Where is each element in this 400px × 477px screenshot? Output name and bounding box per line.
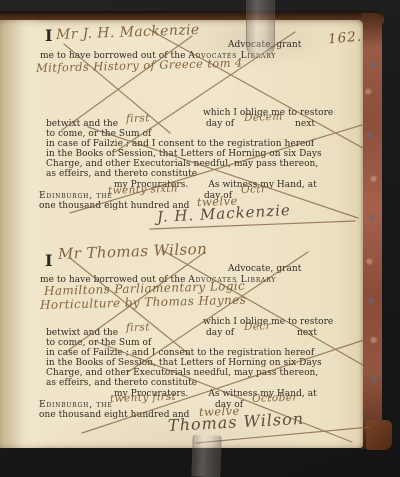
entry2-initial: I [45, 256, 53, 266]
entry2-next: next [297, 328, 317, 338]
entry2-betwixt: betwixt and the [46, 328, 118, 338]
entry1-signed-day: twenty sixth [108, 183, 179, 197]
entry2-return-month: Decr [244, 320, 272, 333]
entry2-dayof: day of [206, 328, 234, 338]
entry2-signed-day: twenty first [110, 391, 177, 405]
entry2-return-day: first [126, 321, 150, 334]
entry1-return-month: Decem [244, 111, 283, 124]
entry1-charge-line: Charge, and other Executorials needful, … [46, 159, 318, 169]
entry1-failzie-line: in case of Failzie ; and I consent to th… [46, 139, 314, 149]
page-holding-strap-bottom [191, 435, 221, 477]
entry1-dayof: day of [206, 119, 234, 129]
entry2-signed-month: October [252, 391, 298, 405]
entry2-edinburgh: Edinburgh, the [39, 400, 113, 410]
entry2-charge-line: Charge, and other Executorials needful, … [46, 368, 318, 378]
marbled-board-edge [361, 13, 382, 449]
entry2-advocate-grant: Advocate, grant [228, 264, 301, 274]
page-gutter-shading [0, 20, 46, 448]
entry1-betwixt: betwixt and the [46, 119, 118, 129]
entry1-effeirs-line: as effeirs, and thereto constitute [46, 169, 197, 179]
entry1-return-day: first [126, 112, 150, 125]
entry2-sum-line: to come, or the Sum of [46, 338, 151, 348]
entry1-signed-month: Octr [241, 183, 267, 196]
entry2-effeirs-line: as effeirs, and thereto constitute [46, 378, 197, 388]
entry1-edinburgh: Edinburgh, the [39, 191, 113, 201]
entry2-borrower-name: Mr Thomas Wilson [58, 240, 208, 263]
register-page: 162. I Mr J. H. Mackenzie Advocate, gran… [0, 20, 363, 448]
page-number: 162. [327, 29, 362, 48]
photographed-register-page: 162. I Mr J. H. Mackenzie Advocate, gran… [0, 0, 400, 477]
entry2-failzie-line: in case of Failzie ; and I consent to th… [46, 348, 314, 358]
page-holding-strap-top [246, 0, 275, 57]
entry1-initial: I [45, 31, 53, 41]
entry1-borrower-name: Mr J. H. Mackenzie [56, 22, 200, 43]
entry1-next: next [295, 119, 315, 129]
entry2-session-line: in the Books of Session, that Letters of… [46, 358, 322, 368]
leather-corner [366, 420, 392, 450]
entry1-session-line: in the Books of Session, that Letters of… [46, 149, 322, 159]
entry1-sum-line: to come, or the Sum of [46, 129, 151, 139]
